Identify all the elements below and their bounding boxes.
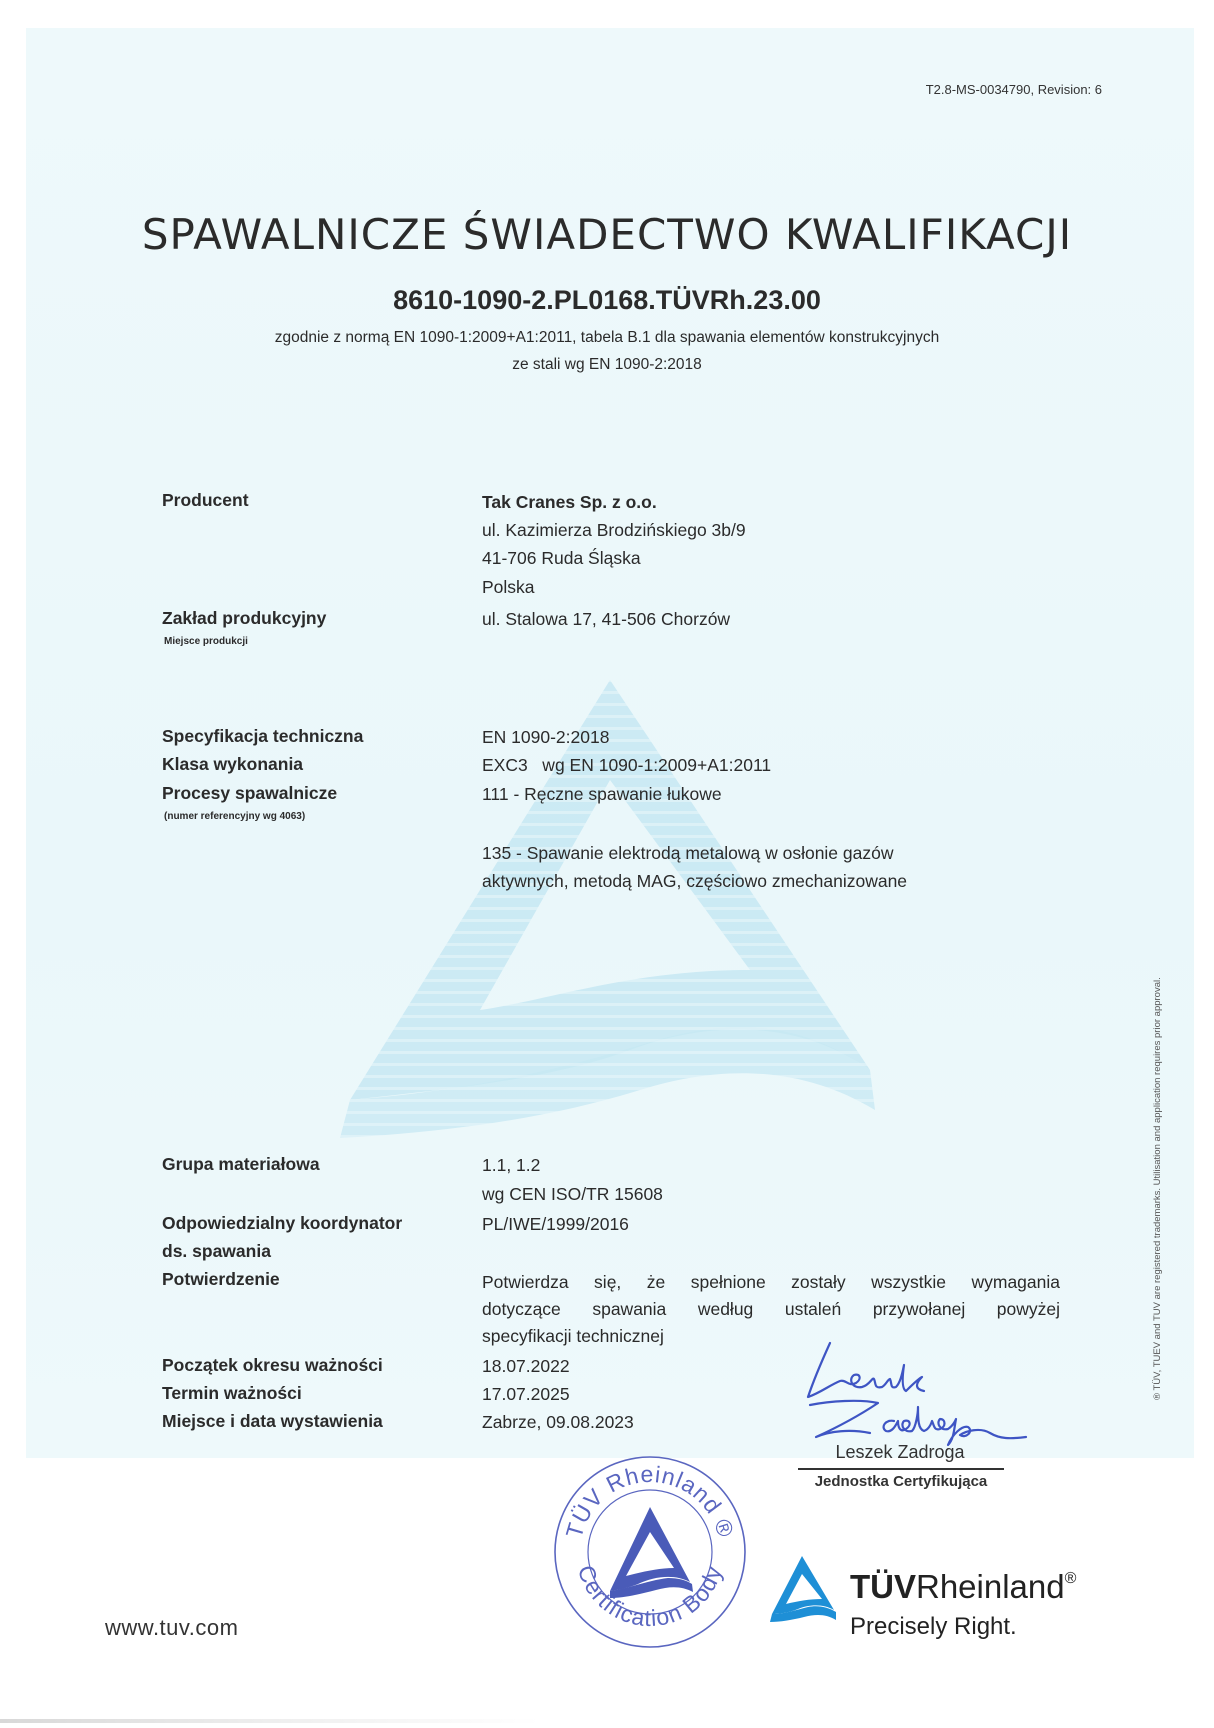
plant-address: ul. Stalowa 17, 41-506 Chorzów — [482, 609, 730, 630]
validity-end-label: Termin ważności — [162, 1383, 302, 1404]
registered-mark: ® — [1065, 1570, 1077, 1587]
confirmation-line: Potwierdza się, że spełnione zostały wsz… — [482, 1269, 1060, 1296]
producer-city: 41-706 Ruda Śląska — [482, 548, 641, 569]
trademark-note: ® TÜV, TUEV and TUV are registered trade… — [1152, 977, 1163, 1400]
plant-sublabel: Miejsce produkcji — [164, 636, 248, 647]
producer-label: Producent — [162, 490, 249, 511]
coordinator-label-line2: ds. spawania — [162, 1241, 271, 1262]
website-link[interactable]: www.tuv.com — [105, 1615, 238, 1641]
signature-rule — [798, 1468, 1004, 1470]
signatory-name: Leszek Zadroga — [800, 1442, 1000, 1463]
material-group-reference: wg CEN ISO/TR 15608 — [482, 1184, 663, 1205]
coordinator-label-line1: Odpowiedzialny koordynator — [162, 1213, 402, 1234]
producer-street: ul. Kazimierza Brodzińskiego 3b/9 — [482, 520, 746, 541]
process-111: 111 - Ręczne spawanie łukowe — [482, 784, 722, 805]
execution-class-value: EXC3 wg EN 1090-1:2009+A1:2011 — [482, 755, 771, 776]
certificate-number: 8610-1090-2.PL0168.TÜVRh.23.00 — [0, 285, 1214, 316]
signature-icon — [790, 1335, 1050, 1450]
validity-start-value: 18.07.2022 — [482, 1356, 570, 1377]
plant-label: Zakład produkcyjny — [162, 608, 326, 629]
specification-value: EN 1090-2:2018 — [482, 727, 609, 748]
material-group-label: Grupa materiałowa — [162, 1154, 320, 1175]
brand-name: TÜVRheinland® — [850, 1568, 1076, 1606]
process-135-line2: aktywnych, metodą MAG, częściowo zmechan… — [482, 871, 907, 892]
confirmation-label: Potwierdzenie — [162, 1269, 280, 1290]
signatory-role: Jednostka Certyfikująca — [790, 1473, 1012, 1490]
processes-sublabel: (numer referencyjny wg 4063) — [164, 811, 305, 822]
issue-label: Miejsce i data wystawienia — [162, 1411, 383, 1432]
coordinator-value: PL/IWE/1999/2016 — [482, 1214, 629, 1235]
certificate-subtitle-line1: zgodnie z normą EN 1090-1:2009+A1:2011, … — [0, 329, 1214, 347]
confirmation-line: dotyczące spawania według ustaleń przywo… — [482, 1296, 1060, 1323]
certificate-title: SPAWALNICZE ŚWIADECTWO KWALIFIKACJI — [0, 210, 1214, 259]
brand-tagline: Precisely Right. — [850, 1613, 1017, 1641]
specification-label: Specyfikacja techniczna — [162, 726, 363, 747]
producer-country: Polska — [482, 577, 535, 598]
processes-label: Procesy spawalnicze — [162, 783, 337, 804]
tuv-triangle-watermark-icon — [330, 670, 890, 1140]
scan-edge-shadow — [0, 1719, 540, 1723]
validity-start-label: Początek okresu ważności — [162, 1355, 383, 1376]
brand-name-bold: TÜV — [850, 1568, 916, 1605]
material-group-value: 1.1, 1.2 — [482, 1155, 540, 1176]
producer-name: Tak Cranes Sp. z o.o. — [482, 492, 657, 513]
execution-class-label: Klasa wykonania — [162, 754, 303, 775]
process-135-line1: 135 - Spawanie elektrodą metalową w osło… — [482, 843, 894, 864]
certificate-subtitle-line2: ze stali wg EN 1090-2:2018 — [0, 356, 1214, 374]
certification-body-stamp-icon: TÜV Rheinland ® Certification Body — [550, 1452, 750, 1652]
brand-name-regular: Rheinland — [916, 1568, 1065, 1605]
tuv-rheinland-logo-icon — [768, 1552, 840, 1624]
issue-value: Zabrze, 09.08.2023 — [482, 1412, 634, 1433]
validity-end-value: 17.07.2025 — [482, 1384, 570, 1405]
document-reference: T2.8-MS-0034790, Revision: 6 — [926, 82, 1102, 97]
